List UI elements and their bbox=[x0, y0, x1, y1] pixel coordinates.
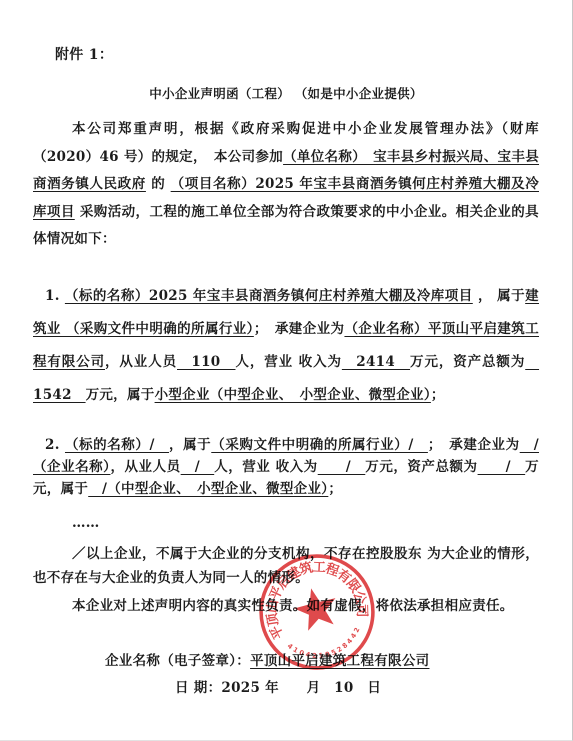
text-run: 的 bbox=[146, 176, 171, 192]
revenue-field: / bbox=[318, 459, 366, 475]
branch-clause: ／以上企业，不属于大企业的分支机构，不存在控股股东 为大企业的情形，也不存在与大… bbox=[33, 542, 539, 590]
industry-field: （采购文件中明确的所属行业）/ bbox=[211, 437, 428, 453]
text-run: ，属于 bbox=[169, 437, 211, 453]
employee-count-field: 110 bbox=[177, 354, 235, 370]
text-run: ，从业人员 bbox=[110, 459, 180, 475]
attachment-label: 附件 1： bbox=[55, 44, 539, 64]
signature-block: 企业名称（电子签章）：平顶山平启建筑工程有限公司 日 期：2025 年 月 10… bbox=[33, 648, 539, 702]
enterprise-type-field: /（中型企业、 小型企业、微型企业） bbox=[88, 481, 328, 497]
assets-field: / bbox=[478, 459, 526, 475]
text-run: 人，营业 收入为 bbox=[235, 354, 341, 370]
document-title: 中小企业声明函（工程） （如是中小企业提供） bbox=[33, 84, 539, 102]
document-page: 附件 1： 中小企业声明函（工程） （如是中小企业提供） 本公司郑重声明，根据《… bbox=[0, 0, 573, 741]
ellipsis: …… bbox=[33, 512, 539, 534]
item-2-paragraph: 2. （标的名称）/ ，属于（采购文件中明确的所属行业）/ ； 承建企业为 /（… bbox=[33, 434, 539, 500]
text-run: 万元，属于 bbox=[86, 387, 155, 403]
text-run: 人，营业 收入为 bbox=[214, 459, 318, 475]
text-run: 采购活动，工程的施工单位全部为符合政策要求的中小企业。相关企业的具体情况如下： bbox=[33, 204, 539, 248]
subject-name-field: （标的名称）2025 年宝丰县商酒务镇何庄村养殖大棚及冷库项目 bbox=[65, 288, 473, 304]
item-number: 2. bbox=[45, 437, 65, 453]
enterprise-type-field: 小型企业（中型企业、 小型企业、微型企业） bbox=[155, 387, 431, 403]
declaration-paragraph: 本公司郑重声明，根据《政府采购促进中小企业发展管理办法》（财库（2020）46 … bbox=[33, 116, 539, 254]
employee-count-field: / bbox=[181, 459, 215, 475]
text-run: ； 承建企业为 bbox=[428, 437, 520, 453]
company-name-value: 平顶山平启建筑工程有限公司 bbox=[250, 653, 429, 669]
text-run: ； bbox=[431, 387, 445, 403]
subject-name-field: （标的名称）/ bbox=[65, 437, 169, 453]
revenue-field: 2414 bbox=[342, 354, 410, 370]
text-run: 万元，资产总额为 bbox=[365, 459, 477, 475]
item-number: 1. bbox=[45, 288, 65, 304]
signature-date-line: 日 期：2025 年 月 10 日 bbox=[33, 675, 539, 702]
text-run: ； 承建企业为 bbox=[254, 321, 345, 337]
item-1-paragraph: 1. （标的名称）2025 年宝丰县商酒务镇何庄村养殖大棚及冷库项目 ， 属于建… bbox=[33, 280, 539, 412]
text-run: ； bbox=[328, 481, 342, 497]
company-name-label: 企业名称（电子签章）： bbox=[105, 653, 250, 669]
text-run: ，从业人员 bbox=[105, 354, 177, 370]
signature-company-line: 企业名称（电子签章）：平顶山平启建筑工程有限公司 bbox=[33, 648, 539, 675]
responsibility-clause: 本企业对上述声明内容的真实性负责。如有虚假，将依法承担相应责任。 bbox=[33, 594, 539, 618]
text-run: 万元，资产总额为 bbox=[410, 354, 525, 370]
text-run: ， 属于 bbox=[473, 288, 525, 304]
